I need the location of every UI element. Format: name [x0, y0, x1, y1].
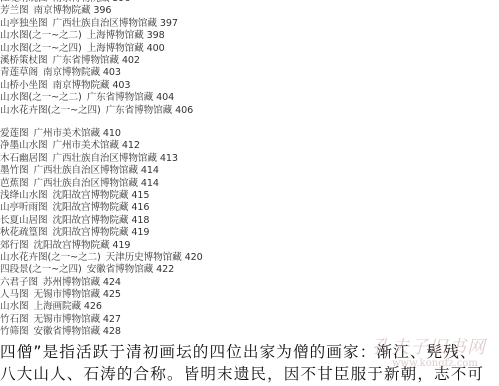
collection-name: 沈阳故宫博物院藏 [52, 227, 128, 238]
catalog-entry: 四段景(之一~之四)安徽省博物馆藏 422 [0, 264, 203, 276]
catalog-entry: 青莲草阁南京博物院藏 403 [0, 67, 193, 79]
page-number: 403 [103, 67, 121, 78]
page-number: 396 [93, 5, 111, 16]
artwork-title: 山水花卉图(之一~之四) [0, 105, 101, 116]
collection-name: 上海博物馆藏 [87, 30, 144, 41]
artwork-title: 青莲草阁 [0, 67, 38, 78]
page-number: 425 [103, 289, 121, 300]
collection-name: 广东省博物馆藏 [87, 92, 153, 103]
catalog-entry: 山水图(之一~之二)上海博物馆藏 398 [0, 30, 193, 42]
page-number: 402 [122, 55, 140, 66]
artwork-title: 木石幽居图 [0, 153, 47, 164]
artwork-title: 墨竹图 [0, 165, 28, 176]
collection-name: 沈阳故宫博物院藏 [33, 240, 109, 251]
collection-name: 广东省博物馆藏 [106, 105, 172, 116]
page-number: 410 [103, 128, 121, 139]
catalog-entry: 郊行图沈阳故宫博物院藏 419 [0, 240, 203, 252]
collection-name: 沈阳故宫博物院藏 [52, 202, 128, 213]
page-number: 415 [131, 190, 149, 201]
collection-name: 上海画院藏 [33, 301, 80, 312]
collection-name: 无锡市博物馆藏 [33, 314, 99, 325]
catalog-entry: 墨竹图广西壮族自治区博物馆藏 414 [0, 165, 203, 177]
artwork-title: 溪桥策杖图 [0, 55, 47, 66]
collection-name: 上海博物馆藏 [87, 43, 144, 54]
artwork-title: 人马图 [0, 289, 28, 300]
paragraph-line-1: 四僧”是指活跃于清初画坛的四位出家为僧的画家：渐江、髡残、 [0, 341, 499, 363]
collection-name: 广西壮族自治区博物馆藏 [33, 165, 137, 176]
collection-name: 南京博物院藏 [33, 5, 90, 16]
collection-name: 安徽省博物馆藏 [87, 264, 153, 275]
artwork-title: 江堤晴眺图 [0, 0, 47, 4]
catalog-entry: 竹石图无锡市博物馆藏 427 [0, 314, 203, 326]
catalog-entry: 六君子图苏州博物馆藏 424 [0, 277, 203, 289]
collection-name: 广州市美术馆藏 [52, 140, 118, 151]
catalog-entry: 长夏山居图沈阳故宫博物院藏 418 [0, 215, 203, 227]
artwork-title: 竹石图 [0, 314, 28, 325]
page-number: 397 [160, 18, 178, 29]
page-number: 427 [103, 314, 121, 325]
page-number: 412 [122, 140, 140, 151]
catalog-list-section-1: 江堤晴眺图南京博物院藏 396芳兰图南京博物院藏 396山亭独坐图广西壮族自治区… [0, 0, 193, 117]
artwork-title: 山水花卉图(之一~之二) [0, 252, 101, 263]
collection-name: 苏州博物馆藏 [43, 277, 100, 288]
catalog-entry: 木石幽居图广西壮族自治区博物馆藏 413 [0, 153, 203, 165]
collection-name: 广东省博物馆藏 [52, 55, 118, 66]
catalog-entry: 山桥小坐图南京博物院藏 403 [0, 80, 193, 92]
page-number: 400 [147, 43, 165, 54]
artwork-title: 山亭独坐图 [0, 18, 47, 29]
collection-name: 安徽省博物馆藏 [33, 326, 99, 337]
collection-name: 沈阳故宫博物院藏 [52, 215, 128, 226]
collection-name: 无锡市博物馆藏 [33, 289, 99, 300]
catalog-entry: 山亭独坐图广西壮族自治区博物馆藏 397 [0, 18, 193, 30]
collection-name: 沈阳故宫博物院藏 [52, 190, 128, 201]
collection-name: 广西壮族自治区博物馆藏 [33, 178, 137, 189]
catalog-entry: 芳兰图南京博物院藏 396 [0, 5, 193, 17]
page-number: 413 [160, 153, 178, 164]
catalog-entry: 山水图(之一~之四)上海博物馆藏 400 [0, 43, 193, 55]
intro-paragraph: 四僧”是指活跃于清初画坛的四位出家为僧的画家：渐江、髡残、 八大山人、石涛的合称… [0, 341, 499, 385]
page-number: 406 [175, 105, 193, 116]
catalog-entry: 山水花卉图(之一~之四)广东省博物馆藏 406 [0, 105, 193, 117]
page-number: 428 [103, 326, 121, 337]
catalog-entry: 山水图上海画院藏 426 [0, 301, 203, 313]
catalog-list-section-2: 爱莲图广州市美术馆藏 410净墨山水图广州市美术馆藏 412木石幽居图广西壮族自… [0, 128, 203, 339]
artwork-title: 芳兰图 [0, 5, 28, 16]
artwork-title: 四段景(之一~之四) [0, 264, 82, 275]
artwork-title: 山水图 [0, 301, 28, 312]
artwork-title: 秋花疏篁图 [0, 227, 47, 238]
page-number: 422 [156, 264, 174, 275]
collection-name: 广州市美术馆藏 [33, 128, 99, 139]
collection-name: 南京博物院藏 [52, 0, 109, 4]
catalog-entry: 芭蕉图广西壮族自治区博物馆藏 414 [0, 178, 203, 190]
collection-name: 广西壮族自治区博物馆藏 [52, 153, 156, 164]
artwork-title: 浅绛山水图 [0, 190, 47, 201]
page-number: 404 [156, 92, 174, 103]
catalog-entry: 秋花疏篁图沈阳故宫博物院藏 419 [0, 227, 203, 239]
artwork-title: 长夏山居图 [0, 215, 47, 226]
catalog-entry: 竹筛图安徽省博物馆藏 428 [0, 326, 203, 338]
page-number: 414 [141, 165, 159, 176]
artwork-title: 山水图(之一~之四) [0, 43, 82, 54]
page-number: 418 [131, 215, 149, 226]
page-number: 398 [147, 30, 165, 41]
artwork-title: 爱莲图 [0, 128, 28, 139]
paragraph-line-2: 八大山人、石涛的合称。皆明末遗民，因不甘臣服于新朝，志不可 [0, 363, 499, 385]
collection-name: 广西壮族自治区博物馆藏 [52, 18, 156, 29]
page-number: 403 [112, 80, 130, 91]
collection-name: 天津历史博物馆藏 [106, 252, 182, 263]
artwork-title: 竹筛图 [0, 326, 28, 337]
catalog-entry: 溪桥策杖图广东省博物馆藏 402 [0, 55, 193, 67]
page-number: 414 [141, 178, 159, 189]
page-number: 419 [131, 227, 149, 238]
artwork-title: 山水图(之一~之二) [0, 30, 82, 41]
page-number: 416 [131, 202, 149, 213]
catalog-entry: 山水图(之一~之二)广东省博物馆藏 404 [0, 92, 193, 104]
artwork-title: 山水图(之一~之二) [0, 92, 82, 103]
page-number: 419 [112, 240, 130, 251]
catalog-entry: 人马图无锡市博物馆藏 425 [0, 289, 203, 301]
page-number: 420 [185, 252, 203, 263]
catalog-entry: 净墨山水图广州市美术馆藏 412 [0, 140, 203, 152]
artwork-title: 山桥小坐图 [0, 80, 47, 91]
artwork-title: 六君子图 [0, 277, 38, 288]
artwork-title: 郊行图 [0, 240, 28, 251]
artwork-title: 山亭听雨图 [0, 202, 47, 213]
page-number: 426 [84, 301, 102, 312]
page-number: 424 [103, 277, 121, 288]
catalog-entry: 山水花卉图(之一~之二)天津历史博物馆藏 420 [0, 252, 203, 264]
artwork-title: 净墨山水图 [0, 140, 47, 151]
catalog-entry: 浅绛山水图沈阳故宫博物院藏 415 [0, 190, 203, 202]
collection-name: 南京博物院藏 [52, 80, 109, 91]
collection-name: 南京博物院藏 [43, 67, 100, 78]
catalog-entry: 爱莲图广州市美术馆藏 410 [0, 128, 203, 140]
page-number: 396 [112, 0, 130, 4]
catalog-entry: 山亭听雨图沈阳故宫博物院藏 416 [0, 202, 203, 214]
artwork-title: 芭蕉图 [0, 178, 28, 189]
